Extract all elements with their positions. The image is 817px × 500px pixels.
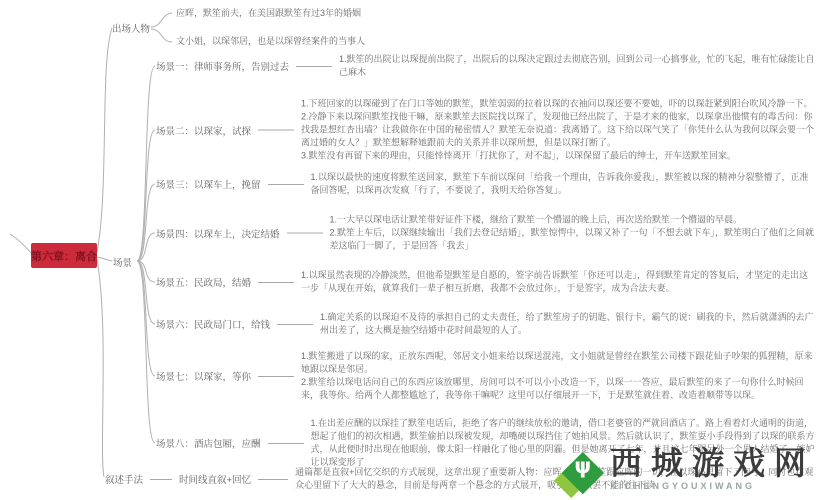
scene-point: 2.冷静下来以琛问默笙找他干嘛，原来默笙去医院找以琛了，发现他已经出院了，于是才… — [301, 111, 815, 150]
connector-dash — [268, 443, 304, 444]
connector-dash — [268, 184, 304, 185]
scene-7-points[interactable]: 1.默笙搬进了以琛的家，正放东西呢，邻居文小姐来给以琛送混沌，文小姐就是曾经在默… — [301, 350, 815, 402]
scene-1-label[interactable]: 场景一：律师事务所，告别过去 — [156, 59, 289, 73]
scene-point: 1.默笙的出院让以琛提前出院了，出院后的以琛决定跟过去彻底告别，回到公司一心搞事… — [339, 53, 815, 79]
scene-7-label[interactable]: 场景七：以琛家，等你 — [156, 369, 251, 383]
watermark-logo-icon: ψ — [548, 448, 606, 500]
scene-3-points[interactable]: 1.以琛以最快的速度将默笙送回家，默笙下车前以琛问「给我一个理由，告诉我你爱我」… — [311, 171, 815, 197]
scene-point: 1.确定关系的以琛迫不及待的承担自己的丈夫责任，给了默笙房子的钥匙、银行卡，霸气… — [320, 311, 815, 337]
branch-scenes-label[interactable]: 场景 — [113, 255, 132, 269]
scene-row-5: 场景五：民政局，结婚 1.以琛虽然表现的冷静淡然，但他希望默笙是自愿的，签字前告… — [156, 269, 815, 295]
scene-point: 1.以琛以最快的速度将默笙送回家，默笙下车前以琛问「给我一个理由，告诉我你爱我」… — [311, 171, 815, 197]
mindmap-canvas: 第六章：离合 出场人物 应晖，默笙前夫，在美国跟默笙有过3年的婚姻 文小姐，以琛… — [0, 0, 817, 500]
connector-dash — [258, 479, 288, 480]
scene-3-label[interactable]: 场景三：以琛车上，挽留 — [156, 177, 261, 191]
connector-dash — [258, 376, 294, 377]
scene-row-2: 场景二：以琛家，试探 1.下班回家的以琛碰到了在门口等她的默笙，默笙弱弱的拉着以… — [156, 98, 815, 163]
scene-8-label[interactable]: 场景八：酒店包厢，应酬 — [156, 436, 261, 450]
root-node-chapter[interactable]: 第六章：离合 — [31, 243, 97, 268]
branch-characters-label[interactable]: 出场人物 — [112, 21, 150, 35]
scene-2-label[interactable]: 场景二：以琛家，试探 — [156, 123, 251, 137]
scene-6-points[interactable]: 1.确定关系的以琛迫不及待的承担自己的丈夫责任，给了默笙房子的钥匙、银行卡，霸气… — [320, 311, 815, 337]
scene-4-points[interactable]: 1.一大早以琛电话让默笙带好证件下楼，继给了默笙一个懵逼的晚上后，再次送给默笙一… — [330, 214, 815, 253]
scene-point: 1.下班回家的以琛碰到了在门口等她的默笙，默笙弱弱的拉着以琛的衣袖问以琛还要不要… — [301, 98, 815, 111]
character-item-yinghui[interactable]: 应晖，默笙前夫，在美国跟默笙有过3年的婚姻 — [176, 7, 361, 20]
watermark-subtitle: XICHENGYOUXIWANG — [610, 481, 815, 491]
connector-dash — [258, 130, 294, 131]
svg-text:ψ: ψ — [574, 453, 591, 478]
connector-dash — [287, 233, 323, 234]
character-item-missw[interactable]: 文小姐，以琛邻居，也是以琛曾经案件的当事人 — [176, 35, 365, 48]
watermark-title: 西城游戏网 — [610, 446, 815, 480]
scene-point: 1.一大早以琛电话让默笙带好证件下楼，继给了默笙一个懵逼的晚上后，再次送给默笙一… — [330, 214, 815, 227]
scene-6-label[interactable]: 场景六：民政局门口，给钱 — [156, 317, 270, 331]
scene-2-points[interactable]: 1.下班回家的以琛碰到了在门口等她的默笙，默笙弱弱的拉着以琛的衣袖问以琛还要不要… — [301, 98, 815, 163]
watermark: ψ 西城游戏网 XICHENGYOUXIWANG — [548, 446, 815, 500]
scene-row-1: 场景一：律师事务所，告别过去 1.默笙的出院让以琛提前出院了，出院后的以琛决定跟… — [156, 53, 815, 79]
scene-row-4: 场景四：以琛车上，决定结婚 1.一大早以琛电话让默笙带好证件下楼，继给了默笙一个… — [156, 214, 815, 253]
narration-style-node[interactable]: 时间线直叙+回忆 — [179, 472, 251, 486]
scene-point: 2.默笙上车后，以琛继续输出「我们去登记结婚」，默笙惊愕中，以琛又补了一句「不想… — [330, 227, 815, 253]
scene-row-6: 场景六：民政局门口，给钱 1.确定关系的以琛迫不及待的承担自己的丈夫责任，给了默… — [156, 311, 815, 337]
connector-dash — [277, 324, 313, 325]
scene-point: 3.默笙没有再留下来的理由，只能悻悻离开「打扰你了，对不起」，以琛保留了最后的绅… — [301, 150, 815, 163]
scene-row-7: 场景七：以琛家，等你 1.默笙搬进了以琛的家，正放东西呢，邻居文小姐来给以琛送混… — [156, 350, 815, 402]
connector-dash — [258, 282, 294, 283]
scene-point: 1.以琛虽然表现的冷静淡然，但他希望默笙是自愿的，签字前告诉默笙「你还可以走」，… — [301, 269, 815, 295]
narration-label[interactable]: 叙述手法 — [105, 472, 143, 486]
scene-5-points[interactable]: 1.以琛虽然表现的冷静淡然，但他希望默笙是自愿的，签字前告诉默笙「你还可以走」，… — [301, 269, 815, 295]
scene-5-label[interactable]: 场景五：民政局，结婚 — [156, 275, 251, 289]
scene-point: 1.默笙搬进了以琛的家，正放东西呢，邻居文小姐来给以琛送混沌，文小姐就是曾经在默… — [301, 350, 815, 376]
connector-dash — [150, 479, 172, 480]
scene-1-points[interactable]: 1.默笙的出院让以琛提前出院了，出院后的以琛决定跟过去彻底告别，回到公司一心搞事… — [339, 53, 815, 79]
scene-4-label[interactable]: 场景四：以琛车上，决定结婚 — [156, 226, 280, 240]
connector-dash — [296, 66, 332, 67]
scene-row-3: 场景三：以琛车上，挽留 1.以琛以最快的速度将默笙送回家，默笙下车前以琛问「给我… — [156, 171, 815, 197]
scene-point: 2.默笙给以琛电话问自己的东西应该放哪里，房间可以不可以小小改造一下，以琛一一答… — [301, 376, 815, 402]
